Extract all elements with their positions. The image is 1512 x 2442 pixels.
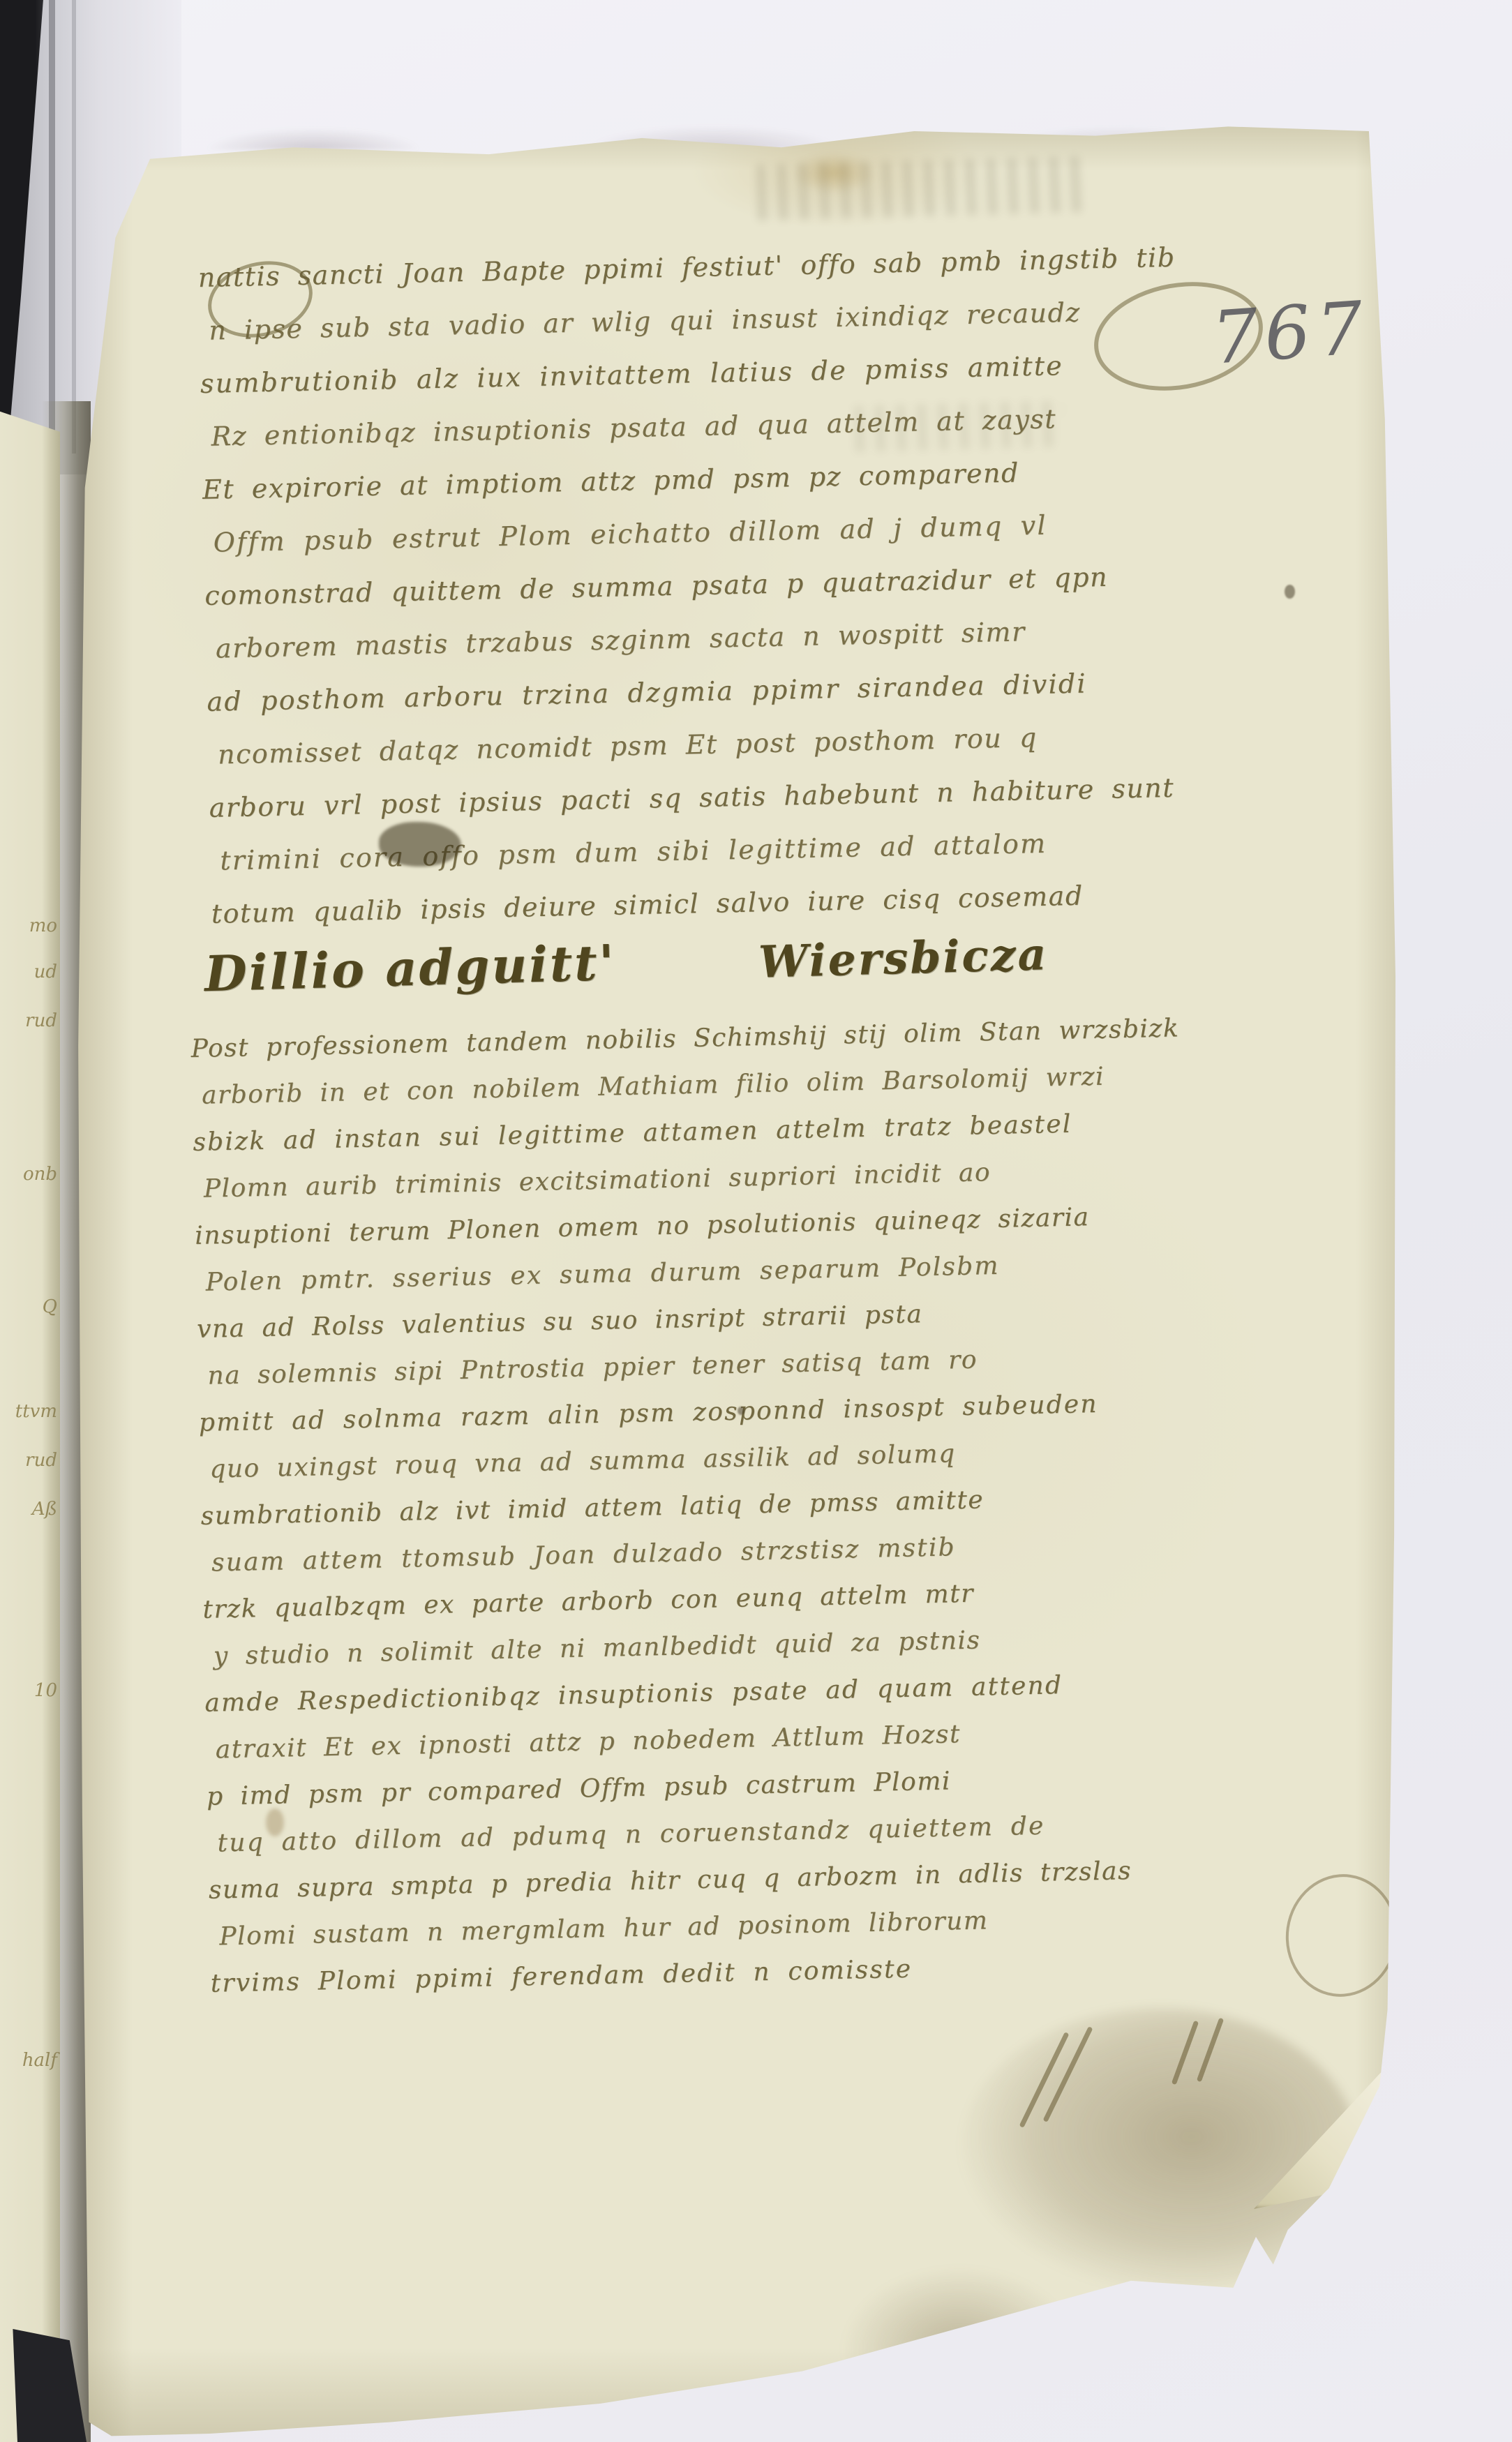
- section-heading-right: Wiersbicza: [758, 928, 1049, 988]
- paper-stain: [961, 2008, 1358, 2294]
- ink-speck: [1285, 585, 1295, 599]
- paper-stain: [792, 152, 876, 194]
- upper-text-block: nattis sancti Joan Bapte ppimi festiut' …: [197, 227, 1356, 941]
- paper-stain: [841, 2266, 1078, 2434]
- manuscript-photo: mo ud rud onb Q ttvm rud Aß 10 half natt…: [0, 0, 1512, 2442]
- ink-blot: [379, 822, 461, 867]
- manuscript-page: nattis sancti Joan Bapte ppimi festiut' …: [66, 124, 1395, 2441]
- page-number-pencil: 767: [1209, 285, 1372, 380]
- page-edge-line: [49, 0, 55, 464]
- lower-text-block: Post professionem tandem nobilis Schimsh…: [190, 1001, 1369, 2007]
- ink-speck: [738, 1407, 744, 1415]
- ink-speck: [266, 1808, 284, 1836]
- section-heading-left: Dillio adguitt': [204, 934, 617, 1003]
- page-edge-line: [72, 0, 76, 454]
